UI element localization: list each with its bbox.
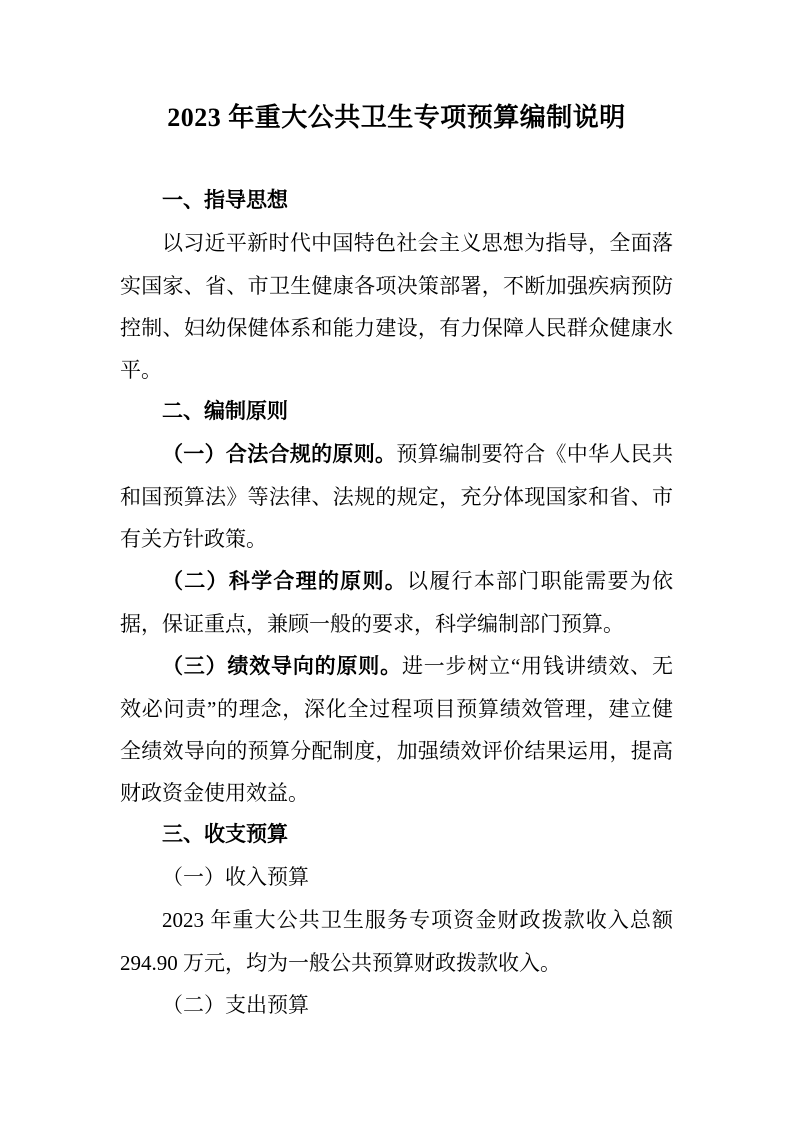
title-spacer [120, 139, 673, 180]
paragraph-income-budget-detail: 2023 年重大公共卫生服务专项资金财政拨款收入总额 294.90 万元，均为一… [120, 899, 673, 984]
section-heading-preparation-principles: 二、编制原则 [120, 391, 673, 433]
document-title: 2023 年重大公共卫生专项预算编制说明 [120, 96, 673, 139]
paragraph-bold-lead: （一）合法合规的原则。 [162, 443, 396, 466]
section-heading-revenue-expenditure-budget: 三、收支预算 [120, 814, 673, 856]
paragraph: （三）绩效导向的原则。进一步树立“用钱讲绩效、无效必问责”的理念，深化全过程项目… [120, 645, 673, 814]
paragraph-expenditure-budget-subtitle: （二）支出预算 [120, 984, 673, 1027]
paragraph: 以习近平新时代中国特色社会主义思想为指导，全面落实国家、省、市卫生健康各项决策部… [120, 222, 673, 391]
paragraph-bold-lead: （三）绩效导向的原则。 [162, 655, 402, 678]
paragraph-income-budget-subtitle: （一）收入预算 [120, 856, 673, 899]
paragraph-text: 2023 年重大公共卫生服务专项资金财政拨款收入总额 294.90 万元，均为一… [120, 908, 673, 975]
paragraph: （一）合法合规的原则。预算编制要符合《中华人民共和国预算法》等法律、法规的规定，… [120, 433, 673, 560]
paragraph: （二）科学合理的原则。以履行本部门职能需要为依据，保证重点，兼顾一般的要求，科学… [120, 560, 673, 645]
paragraph-text: 以习近平新时代中国特色社会主义思想为指导，全面落实国家、省、市卫生健康各项决策部… [120, 231, 673, 382]
section-heading-guiding-ideology: 一、指导思想 [120, 180, 673, 222]
paragraph-bold-lead: （二）科学合理的原则。 [162, 570, 407, 593]
document-page: 2023 年重大公共卫生专项预算编制说明 一、指导思想 以习近平新时代中国特色社… [0, 0, 793, 1122]
paragraph-text: （一）收入预算 [162, 865, 309, 889]
paragraph-text: （二）支出预算 [162, 993, 309, 1017]
